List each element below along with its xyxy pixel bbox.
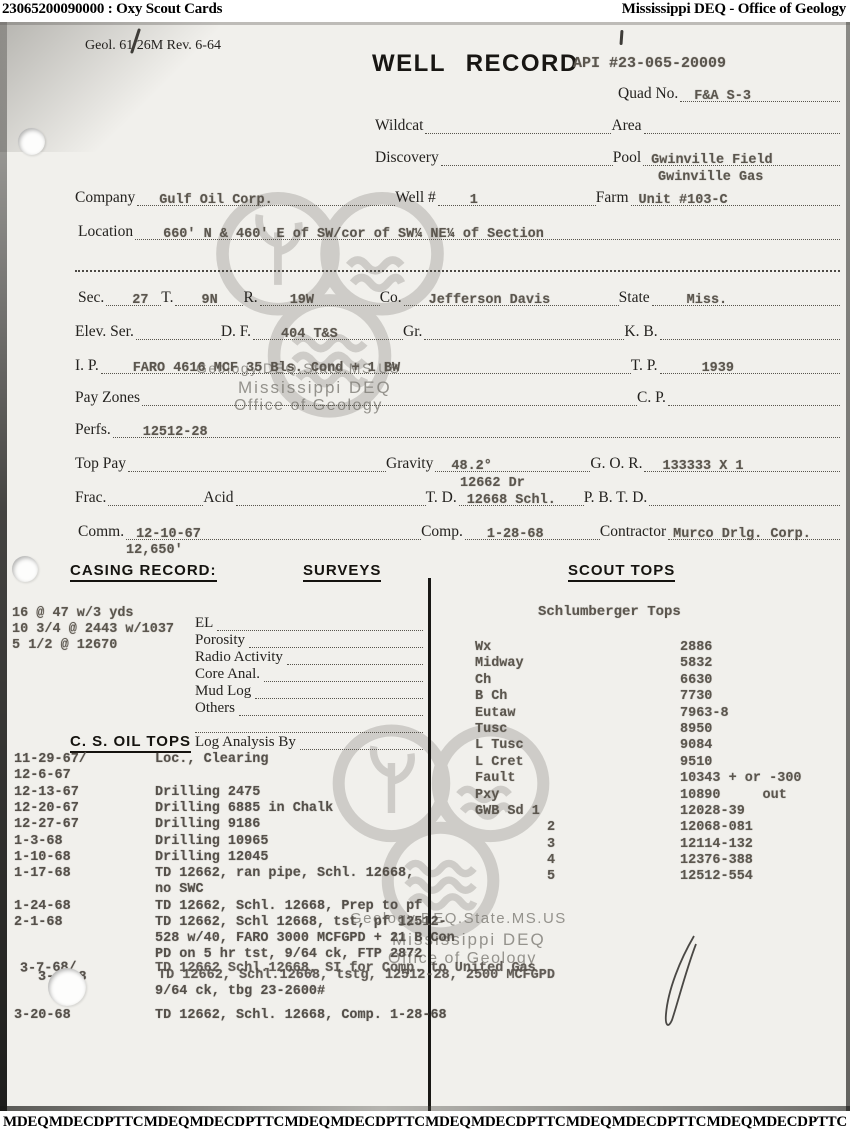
footer-token: MDEQ: [284, 1114, 329, 1131]
ip-value: FARO 4616 MCF 35 Bls. Cond + 1 BW: [133, 361, 400, 376]
row-company-well-farm: Company Gulf Oil Corp. Well # 1 Farm Uni…: [75, 186, 840, 206]
oil-top-date: 3-20-68: [14, 1008, 71, 1023]
document-id: 23065200090000 : Oxy Scout Cards: [2, 1, 222, 18]
footer-token: MDECD: [49, 1114, 104, 1131]
whiteout-blob: [48, 968, 86, 1006]
pxy-out-note: out: [763, 788, 787, 804]
oil-top-date: 12-27-67: [14, 817, 79, 832]
oil-top-entry: 528 w/40, FARO 3000 MCFGPD + 21 B Con: [155, 931, 455, 946]
quad-value: F&A S-3: [694, 89, 751, 104]
survey-label: Mud Log: [195, 684, 255, 699]
gravity-value: 48.2°: [451, 459, 492, 474]
row-ip-tp: I. P. FARO 4616 MCF 35 Bls. Cond + 1 BW …: [75, 354, 840, 374]
df-label: D. F.: [221, 323, 253, 340]
contractor-value: Murco Drlg. Corp.: [673, 527, 811, 542]
row-blank-line: [75, 252, 840, 272]
scanned-well-record-page: Geology.DEQ.State.MS.US Mississippi DEQ …: [0, 22, 850, 1111]
footer-token: PTTC: [386, 1114, 425, 1131]
perfs-label: Perfs.: [75, 421, 113, 438]
well-number-label: Well #: [395, 189, 438, 206]
pool-label: Pool: [613, 149, 643, 166]
contractor-label: Contractor: [600, 523, 668, 540]
state-value: Miss.: [687, 293, 728, 308]
state-label: State: [619, 289, 652, 306]
oil-top-entry: Loc., Clearing: [155, 752, 268, 767]
scan-edge: [0, 22, 850, 25]
survey-label: Others: [195, 701, 239, 716]
tp-value: 1939: [702, 361, 734, 376]
scout-top-row: L Tusc9084: [435, 738, 835, 754]
survey-label: Porosity: [195, 633, 249, 648]
comm-label: Comm.: [78, 523, 126, 540]
oil-top-entry: TD 12662, ran pipe, Schl. 12668,: [155, 866, 414, 881]
casing-line: 5 1/2 @ 12670: [12, 638, 174, 654]
rge-value: 19W: [290, 293, 314, 308]
row-frac-acid-td: Frac. Acid T. D. 12668 Schl. P. B. T. D.: [75, 486, 840, 506]
casing-record-header: CASING RECORD:: [70, 562, 217, 582]
perfs-value: 12512-28: [143, 425, 208, 440]
survey-item: Log Analysis By: [195, 733, 423, 750]
oil-top-entry: PD on 5 hr tst, 9/64 ck, FTP 2872: [155, 947, 422, 962]
scout-top-row: Midway5832: [435, 656, 835, 672]
gor-value: 133333 X 1: [662, 459, 743, 474]
elev-ser-label: Elev. Ser.: [75, 323, 136, 340]
oil-top-date: 2-1-68: [14, 915, 63, 930]
row-perfs: Perfs. 12512-28: [75, 418, 840, 438]
survey-label: EL: [195, 616, 217, 631]
viewer-footer: MDEQ MDECD PTTC MDEQ MDECD PTTC MDEQ MDE…: [0, 1111, 850, 1133]
gr-label: Gr.: [403, 323, 424, 340]
footer-token: MDEQ: [144, 1114, 189, 1131]
pbtd-label: P. B. T. D.: [584, 489, 650, 506]
oil-top-entry: Drilling 10965: [155, 834, 268, 849]
survey-label: Radio Activity: [195, 650, 287, 665]
form-title: WELL RECORD: [372, 50, 579, 78]
scout-top-row: B Ch7730: [435, 689, 835, 705]
header-source: Mississippi DEQ - Office of Geology: [622, 1, 846, 18]
oil-top-date: 1-17-68: [14, 866, 71, 881]
cs-oil-tops-header: C. S. OIL TOPS: [70, 733, 191, 753]
footer-token: MDEQ: [707, 1114, 752, 1131]
oil-top-entry: Drilling 12045: [155, 850, 268, 865]
footer-token: MDEQ: [566, 1114, 611, 1131]
sec-value: 27: [132, 293, 148, 308]
scout-top-row: 312114-132: [435, 837, 835, 853]
pool-value: Gwinville Field: [651, 153, 773, 168]
survey-item: Core Anal.: [195, 665, 423, 682]
scout-top-row: Tusc8950: [435, 722, 835, 738]
footer-token: MDECD: [330, 1114, 385, 1131]
casing-record-values: 16 @ 47 w/3 yds 10 3/4 @ 2443 w/1037 5 1…: [12, 606, 174, 654]
survey-item-blank: [195, 716, 423, 733]
gor-label: G. O. R.: [590, 455, 644, 472]
footer-token: MDEQ: [425, 1114, 470, 1131]
comm-depth-note: 12,650': [126, 543, 183, 558]
oil-top-date: 12-13-67: [14, 785, 79, 800]
footer-token: MDECD: [471, 1114, 526, 1131]
comm-value: 12-10-67: [136, 527, 201, 542]
scout-tops-table: Wx2886 Midway5832 Ch6630 B Ch7730 Eutaw7…: [435, 640, 835, 886]
scout-top-row: Ch6630: [435, 673, 835, 689]
row-wildcat-area: Wildcat Area: [375, 114, 840, 134]
wildcat-label: Wildcat: [375, 117, 425, 134]
oil-top-entry: TD 12662, Schl 12668, tst, pf 12512-: [155, 915, 447, 930]
viewer-header: 23065200090000 : Oxy Scout Cards Mississ…: [0, 0, 850, 22]
row-toppay-gravity-gor: Top Pay Gravity 48.2° G. O. R. 133333 X …: [75, 452, 840, 472]
oil-top-entry-overstruck: TD 12662, Schl.12668, tstg, 12512-28, 25…: [158, 968, 555, 983]
casing-line: 16 @ 47 w/3 yds: [12, 606, 174, 622]
ip-label: I. P.: [75, 357, 101, 374]
well-number-value: 1: [470, 193, 478, 208]
cp-label: C. P.: [637, 389, 668, 406]
pay-zones-label: Pay Zones: [75, 389, 142, 406]
survey-item: Mud Log: [195, 682, 423, 699]
scout-top-row: 212068-081: [435, 820, 835, 836]
location-label: Location: [78, 223, 135, 240]
row-discovery-pool: Discovery Pool Gwinville Field: [375, 146, 840, 166]
scout-top-row: 512512-554: [435, 869, 835, 885]
scan-edge: [846, 22, 850, 1111]
row-quad: Quad No. F&A S-3: [618, 82, 840, 102]
scout-top-row: Wx2886: [435, 640, 835, 656]
gravity-label: Gravity: [386, 455, 435, 472]
tp-label: T. P.: [631, 357, 660, 374]
scout-top-row: GWB Sd 112028-39: [435, 804, 835, 820]
row-payzones-cp: Pay Zones C. P.: [75, 386, 840, 406]
pen-mark: [619, 30, 623, 45]
oil-top-date: 11-29-67/: [14, 752, 87, 767]
oil-top-entry: 9/64 ck, tbg 23-2600#: [155, 984, 325, 999]
api-number: API #23-065-20009: [573, 55, 726, 72]
scout-top-row: Pxy10890out: [435, 788, 835, 804]
rge-label: R.: [243, 289, 259, 306]
kb-label: K. B.: [624, 323, 659, 340]
footer-token: PTTC: [104, 1114, 143, 1131]
footer-token: MDECD: [612, 1114, 667, 1131]
row-sec-twp-rge: Sec. 27 T. 9N R. 19W Co. Jefferson Davis…: [78, 286, 840, 306]
farm-value: Unit #103-C: [639, 193, 728, 208]
survey-item: Porosity: [195, 631, 423, 648]
oil-top-entry: Drilling 6885 in Chalk: [155, 801, 333, 816]
acid-label: Acid: [203, 489, 235, 506]
footer-token: MDECD: [752, 1114, 807, 1131]
discovery-label: Discovery: [375, 149, 441, 166]
schlumberger-tops-subtitle: Schlumberger Tops: [538, 604, 681, 620]
top-pay-label: Top Pay: [75, 455, 128, 472]
sec-label: Sec.: [78, 289, 106, 306]
footer-token: MDEQ: [3, 1114, 48, 1131]
survey-item: Radio Activity: [195, 648, 423, 665]
td-value: 12668 Schl.: [467, 493, 556, 508]
footer-token: MDECD: [190, 1114, 245, 1131]
footer-token: PTTC: [808, 1114, 847, 1131]
oil-top-date: 1-3-68: [14, 834, 63, 849]
scout-tops-header: SCOUT TOPS: [568, 562, 675, 582]
oil-top-date: 1-10-68: [14, 850, 71, 865]
footer-token: PTTC: [245, 1114, 284, 1131]
comp-label: Comp.: [421, 523, 465, 540]
area-label: Area: [611, 117, 643, 134]
oil-top-entry: no SWC: [155, 882, 204, 897]
company-label: Company: [75, 189, 137, 206]
survey-item: Others: [195, 699, 423, 716]
hole-punch: [12, 556, 38, 582]
surveys-list: EL Porosity Radio Activity Core Anal. Mu…: [195, 614, 423, 750]
oil-top-entry: Drilling 2475: [155, 785, 260, 800]
td-label: T. D.: [426, 489, 459, 506]
pool-value-line2: Gwinville Gas: [658, 170, 763, 185]
oil-top-entry: TD 12662, Schl. 12668, Comp. 1-28-68: [155, 1008, 447, 1023]
quad-label: Quad No.: [618, 85, 680, 102]
location-value: 660' N & 460' E of SW/cor of SW¼ NE¼ of …: [163, 227, 544, 242]
row-location: Location 660' N & 460' E of SW/cor of SW…: [78, 220, 840, 240]
oil-top-entry: Drilling 9186: [155, 817, 260, 832]
hole-punch: [18, 128, 45, 155]
survey-label: Log Analysis By: [195, 735, 300, 750]
county-value: Jefferson Davis: [429, 293, 551, 308]
county-label: Co.: [380, 289, 404, 306]
footer-token: PTTC: [527, 1114, 566, 1131]
scout-top-row: L Cret9510: [435, 755, 835, 771]
row-comm-comp-contractor: Comm. 12-10-67 Comp. 1-28-68 Contractor …: [78, 520, 840, 540]
oil-top-date: 12-20-67: [14, 801, 79, 816]
casing-line: 10 3/4 @ 2443 w/1037: [12, 622, 174, 638]
footer-token: PTTC: [667, 1114, 706, 1131]
oil-top-date: 12-6-67: [14, 768, 71, 783]
survey-label: Core Anal.: [195, 667, 264, 682]
scan-edge: [0, 22, 7, 1111]
survey-item: EL: [195, 614, 423, 631]
farm-label: Farm: [596, 189, 631, 206]
surveys-header: SURVEYS: [303, 562, 381, 582]
section-divider-line: [428, 578, 431, 1127]
form-revision: Geol. 61 26M Rev. 6-64: [85, 38, 221, 54]
scout-top-row: Eutaw7963-8: [435, 706, 835, 722]
row-elevation: Elev. Ser. D. F. 404 T&S Gr. K. B.: [75, 320, 840, 340]
frac-label: Frac.: [75, 489, 108, 506]
oil-top-date: 1-24-68: [14, 899, 71, 914]
scout-top-row: Fault10343 + or -300: [435, 771, 835, 787]
df-value: 404 T&S: [281, 327, 338, 342]
comp-value: 1-28-68: [487, 527, 544, 542]
oil-top-entry: TD 12662, Schl. 12668, Prep to pf: [155, 899, 422, 914]
twp-value: 9N: [201, 293, 217, 308]
twp-label: T.: [161, 289, 175, 306]
company-value: Gulf Oil Corp.: [159, 193, 272, 208]
scout-top-row: 412376-388: [435, 853, 835, 869]
handwritten-squiggle: [640, 930, 720, 1040]
